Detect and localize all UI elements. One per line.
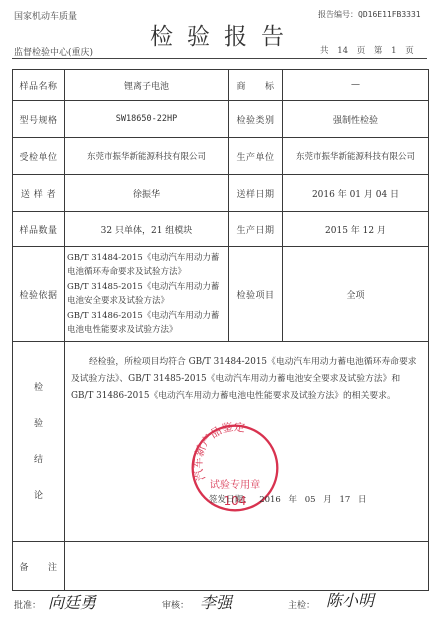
page-info: 共 14 页 第 1 页 [320,44,414,56]
report-table: 样品名称 锂离子电池 商 标 — 型号规格 SW18650-22HP 检验类别 … [12,69,429,591]
basis-label: 检验依据 [13,247,65,342]
conclusion-text: 经检验，所检项目均符合 GB/T 31484-2015《电动汽车用动力蓄电池循环… [71,354,422,405]
model-value: SW18650-22HP [65,101,229,138]
review-signature: 李强 [200,590,232,613]
report-number: 报告编号：QD16E11FB3331 [318,9,421,20]
basis-standard-2: GB/T 31485-2015《电动汽车用动力蓄电池安全要求及试验方法》 [67,280,226,309]
report-title: 检验报告 [150,18,298,51]
table-row: 备 注 [13,542,429,591]
table-row: 检验依据 GB/T 31484-2015《电动汽车用动力蓄电池循环寿命要求及试验… [13,247,429,342]
svg-text:试验专用章: 试验专用章 [210,478,261,491]
issue-date: 签发日期： 2016 年 05 月 17 日 [209,492,366,509]
manufacturer-value: 东莞市振华新能源科技有限公司 [283,138,429,175]
sample-qty-label: 样品数量 [13,212,65,247]
basis-value: GB/T 31484-2015《电动汽车用动力蓄电池循环寿命要求及试验方法》 G… [65,247,229,342]
remarks-label: 备 注 [13,542,65,591]
trademark-value: — [283,70,429,101]
conclusion-cell: 经检验，所检项目均符合 GB/T 31484-2015《电动汽车用动力蓄电池循环… [65,342,429,542]
table-row: 型号规格 SW18650-22HP 检验类别 强制性检验 [13,101,429,138]
model-label: 型号规格 [13,101,65,138]
send-date-value: 2016 年 01 月 04 日 [283,175,429,212]
approve-label: 批准： [14,598,41,611]
production-date-value: 2015 年 12 月 [283,212,429,247]
basis-standard-1: GB/T 31484-2015《电动汽车用动力蓄电池循环寿命要求及试验方法》 [67,251,226,280]
table-row: 检 验 结 论 经检验，所检项目均符合 GB/T 31484-2015《电动汽车… [13,342,429,542]
approve-signature: 向廷勇 [48,590,96,613]
sender-value: 徐振华 [65,175,229,212]
remarks-value [65,542,429,591]
report-number-label: 报告编号： [318,10,358,19]
table-row: 受检单位 东莞市振华新能源科技有限公司 生产单位 东莞市振华新能源科技有限公司 [13,138,429,175]
production-date-label: 生产日期 [229,212,283,247]
send-date-label: 送样日期 [229,175,283,212]
table-row: 样品数量 32 只单体，21 组模块 生产日期 2015 年 12 月 [13,212,429,247]
table-row: 样品名称 锂离子电池 商 标 — [13,70,429,101]
items-value: 全项 [283,247,429,342]
items-label: 检验项目 [229,247,283,342]
table-row: 送 样 者 徐振华 送样日期 2016 年 01 月 04 日 [13,175,429,212]
review-label: 审核： [162,598,189,611]
basis-standard-3: GB/T 31486-2015《电动汽车用动力蓄电池电性能要求及试验方法》 [67,309,226,338]
trademark-label: 商 标 [229,70,283,101]
org-name-line2: 监督检验中心(重庆) [14,45,93,58]
sample-qty-value: 32 只单体，21 组模块 [65,212,229,247]
sender-label: 送 样 者 [13,175,65,212]
conclusion-label: 检 验 结 论 [13,342,65,542]
inspector-label: 主检： [288,598,315,611]
sample-name-label: 样品名称 [13,70,65,101]
client-label: 受检单位 [13,138,65,175]
report-number-value: QD16E11FB3331 [358,10,421,19]
inspector-signature: 陈小明 [326,588,374,611]
manufacturer-label: 生产单位 [229,138,283,175]
org-name-line1: 国家机动车质量 [14,9,77,22]
header-divider [12,58,427,59]
sample-name-value: 锂离子电池 [65,70,229,101]
svg-text:汽车新产品鉴定: 汽车新产品鉴定 [192,422,246,482]
inspection-type-label: 检验类别 [229,101,283,138]
client-value: 东莞市振华新能源科技有限公司 [65,138,229,175]
inspection-type-value: 强制性检验 [283,101,429,138]
